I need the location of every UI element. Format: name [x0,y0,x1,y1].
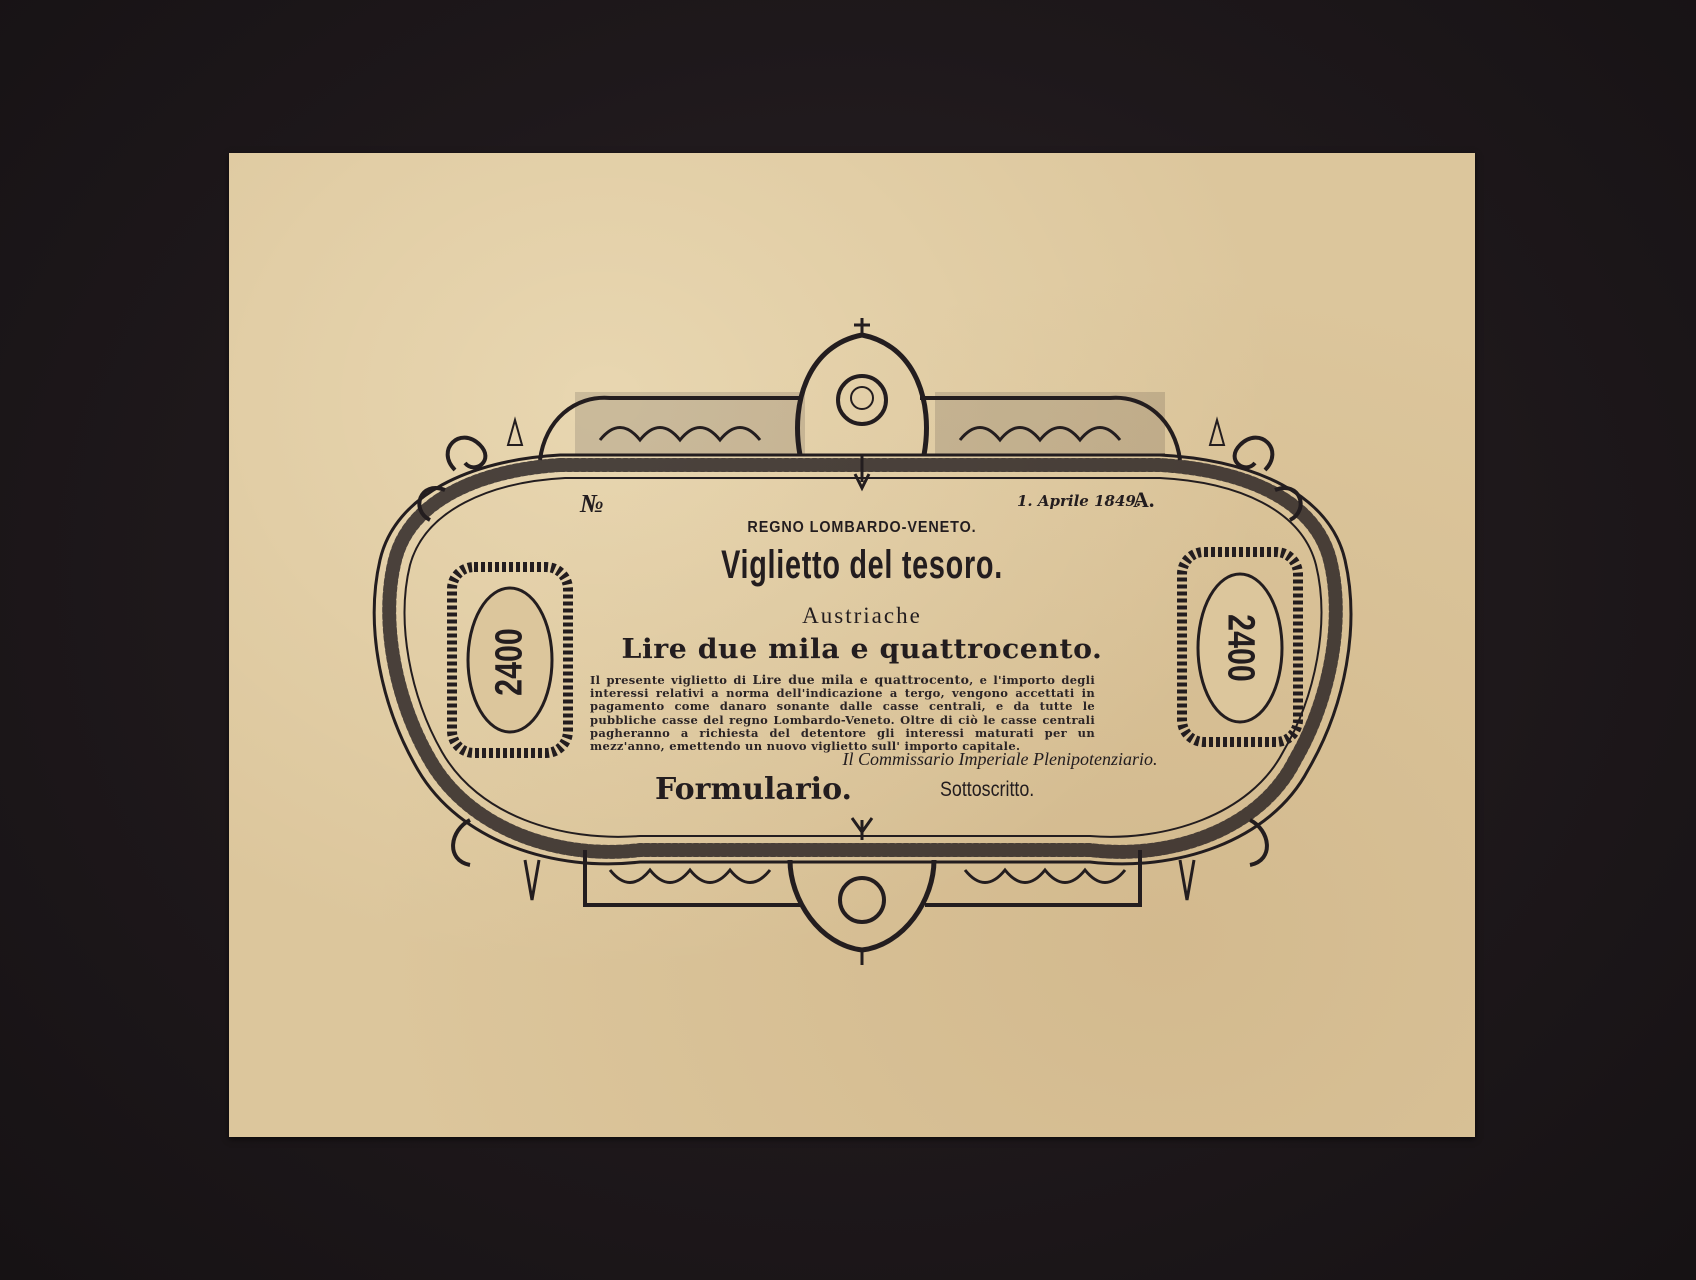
kingdom-heading: REGNO LOMBARDO-VENETO. [747,519,976,537]
body-text-start: Il presente viglietto di [590,673,752,687]
amount-in-words: Lire due mila e quattrocento. [622,634,1103,665]
commissioner-line: Il Commissario Imperiale Plenipotenziari… [843,749,1158,770]
number-sign: № [580,489,604,519]
body-paragraph: Il presente viglietto di Lire due mila e… [590,673,1095,753]
signed-label: Sottoscritto. [940,778,1034,802]
body-amount-bold: Lire due mila e quattrocento [752,672,969,687]
denomination-left: 2400 [489,628,532,696]
note-title: Viglietto del tesoro. [721,543,1003,588]
denomination-right: 2400 [1219,614,1262,682]
formulario-label: Formulario. [655,772,852,807]
currency-line: Austriache [802,603,922,629]
series-letter: A. [1133,487,1154,513]
issue-date: 1. Aprile 1849. [1017,492,1141,510]
